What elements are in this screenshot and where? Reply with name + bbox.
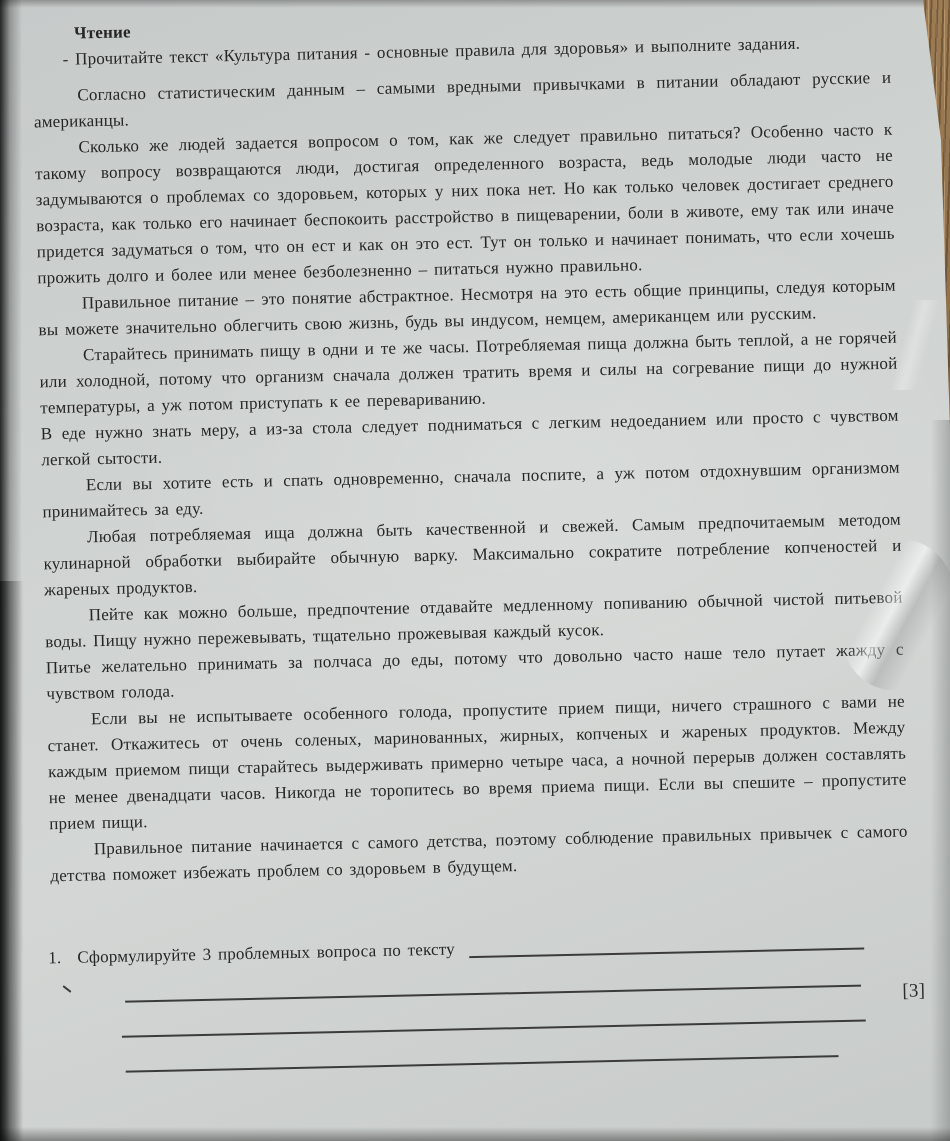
paper-crease (880, 300, 940, 390)
reading-text: Согласно статистическим данным – самыми … (33, 65, 908, 890)
worksheet-photo: Чтение - Прочитайте текст «Культура пита… (0, 0, 950, 1141)
task-section: 1. Сформулируйте 3 проблемных вопроса по… (52, 927, 913, 1075)
shadow-edge (924, 420, 950, 1141)
printed-content: Чтение - Прочитайте текст «Культура пита… (32, 3, 913, 1074)
answer-line (122, 1020, 866, 1038)
task-1: 1. Сформулируйте 3 проблемных вопроса по… (52, 928, 864, 972)
answer-line (125, 985, 861, 1003)
task-text: Сформулируйте 3 проблемных вопроса по те… (77, 936, 455, 970)
answer-line (126, 1055, 839, 1073)
text-paragraph: Если вы не испытываете особенного голода… (47, 689, 908, 838)
text-paragraph: Сколько же людей задается вопросом о том… (34, 117, 895, 292)
paper-sheet: Чтение - Прочитайте текст «Культура пита… (0, 0, 950, 1141)
answer-line (469, 948, 864, 959)
shadow-edge (0, 0, 950, 8)
marks-badge: [3] (902, 978, 925, 1004)
task-number: 1. (48, 945, 62, 971)
shadow-edge (0, 1127, 950, 1141)
shadow-edge (0, 581, 34, 1141)
